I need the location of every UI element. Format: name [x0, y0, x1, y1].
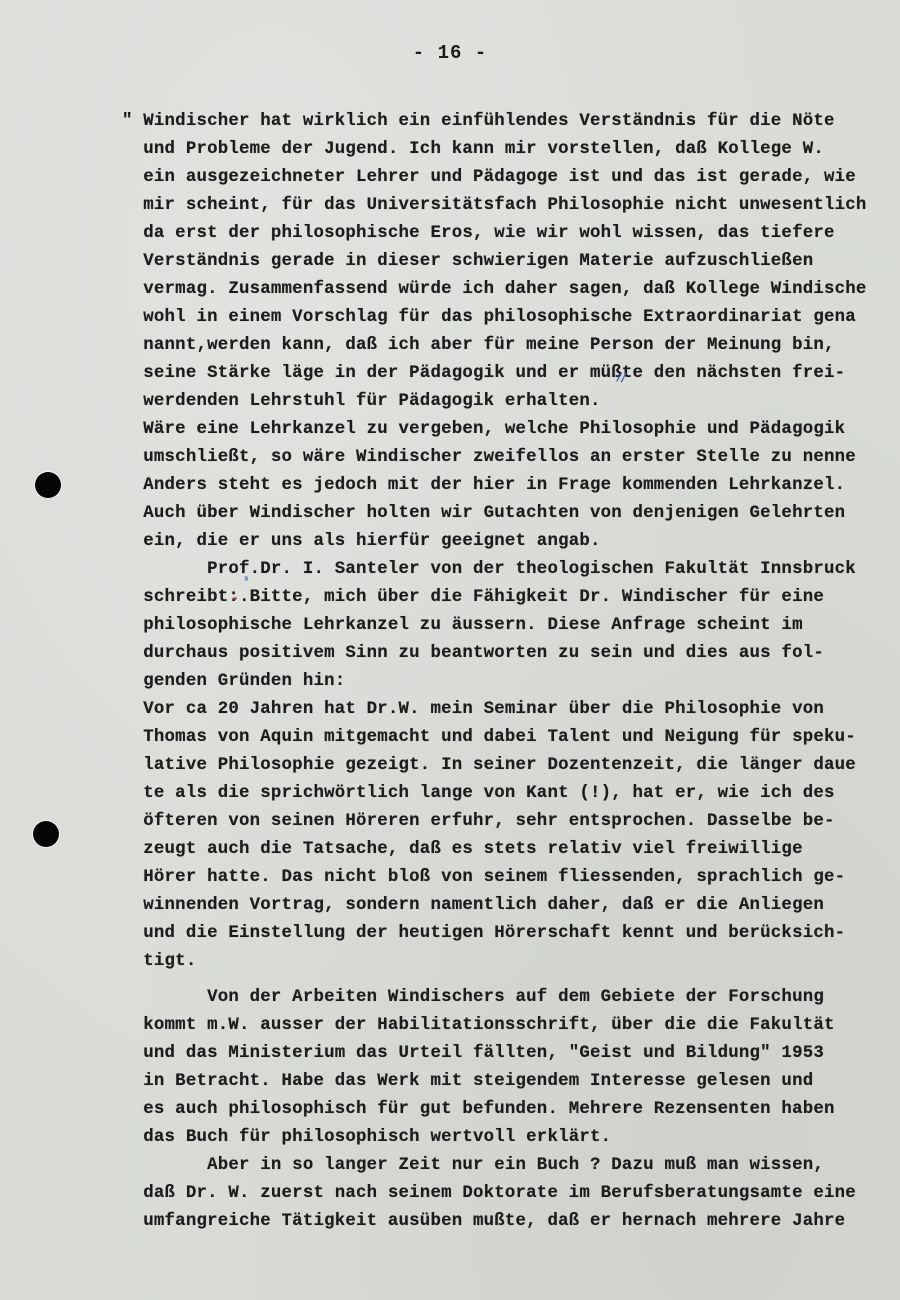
text-line: tigt. [122, 948, 900, 976]
typewritten-body: " Windischer hat wirklich ein einfühlend… [122, 108, 900, 1236]
text-line: das Buch für philosophisch wertvoll erkl… [122, 1124, 900, 1152]
text-line [122, 976, 900, 984]
text-line: in Betracht. Habe das Werk mit steigende… [122, 1068, 900, 1096]
text-line: ein ausgezeichneter Lehrer und Pädagoge … [122, 164, 900, 192]
text-line: daß Dr. W. zuerst nach seinem Doktorate … [122, 1180, 900, 1208]
text-line: Hörer hatte. Das nicht bloß von seinem f… [122, 864, 900, 892]
text-line: und das Ministerium das Urteil fällten, … [122, 1040, 900, 1068]
text-line: nannt,werden kann, daß ich aber für mein… [122, 332, 900, 360]
text-line: Wäre eine Lehrkanzel zu vergeben, welche… [122, 416, 900, 444]
text-line: te als die sprichwörtlich lange von Kant… [122, 780, 900, 808]
text-line: ein, die er uns als hierfür geeignet ang… [122, 528, 900, 556]
text-line: Auch über Windischer holten wir Gutachte… [122, 500, 900, 528]
text-line: schreibt:.Bitte, mich über die Fähigkeit… [122, 584, 900, 612]
red-annotation: „ [232, 592, 238, 602]
text-line: genden Gründen hin: [122, 668, 900, 696]
text-line: Prof.Dr. I. Santeler von der theologisch… [122, 556, 900, 584]
text-line: umschließt, so wäre Windischer zweifello… [122, 444, 900, 472]
text-line: seine Stärke läge in der Pädagogik und e… [122, 360, 900, 388]
text-line: und die Einstellung der heutigen Hörersc… [122, 920, 900, 948]
text-line: es auch philosophisch für gut befunden. … [122, 1096, 900, 1124]
text-line: kommt m.W. ausser der Habilitationsschri… [122, 1012, 900, 1040]
punch-hole-top [35, 472, 61, 498]
text-line: werdenden Lehrstuhl für Pädagogik erhalt… [122, 388, 900, 416]
text-line: winnenden Vortrag, sondern namentlich da… [122, 892, 900, 920]
text-line: wohl in einem Vorschlag für das philosop… [122, 304, 900, 332]
text-line: Von der Arbeiten Windischers auf dem Geb… [122, 984, 900, 1012]
text-line: zeugt auch die Tatsache, daß es stets re… [122, 836, 900, 864]
text-line: umfangreiche Tätigkeit ausüben mußte, da… [122, 1208, 900, 1236]
text-line: Anders steht es jedoch mit der hier in F… [122, 472, 900, 500]
text-line: mir scheint, für das Universitätsfach Ph… [122, 192, 900, 220]
punch-hole-bottom [33, 821, 59, 847]
text-line: öfteren von seinen Höreren erfuhr, sehr … [122, 808, 900, 836]
pencil-annotation: ³ [244, 576, 248, 587]
text-line: lative Philosophie gezeigt. In seiner Do… [122, 752, 900, 780]
text-line: Thomas von Aquin mitgemacht und dabei Ta… [122, 724, 900, 752]
text-line: Vor ca 20 Jahren hat Dr.W. mein Seminar … [122, 696, 900, 724]
text-line: da erst der philosophische Eros, wie wir… [122, 220, 900, 248]
page-number: - 16 - [0, 42, 900, 64]
text-line: und Probleme der Jugend. Ich kann mir vo… [122, 136, 900, 164]
text-line: Aber in so langer Zeit nur ein Buch ? Da… [122, 1152, 900, 1180]
text-line: " Windischer hat wirklich ein einfühlend… [122, 108, 900, 136]
text-line: vermag. Zusammenfassend würde ich daher … [122, 276, 900, 304]
text-line: philosophische Lehrkanzel zu äussern. Di… [122, 612, 900, 640]
text-line: Verständnis gerade in dieser schwierigen… [122, 248, 900, 276]
text-line: durchaus positivem Sinn zu beantworten z… [122, 640, 900, 668]
